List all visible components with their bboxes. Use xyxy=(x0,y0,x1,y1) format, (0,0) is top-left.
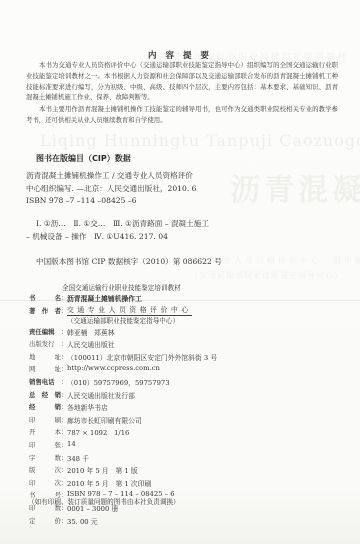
colophon-table: 书 名 ： 沥青混凝土摊铺机操作工 著 作 者 ： 交通专业人员资格评价中心 （… xyxy=(29,293,217,528)
colophon-label: 网 址 xyxy=(29,364,61,373)
cip-record-line: 中心组织编写. —北京：人民交通出版社，2010. 6 xyxy=(26,183,236,196)
colophon-label: 地 址 xyxy=(29,352,61,361)
colophon-label: 印 刷 xyxy=(29,415,61,424)
cip-record-line: 沥青混凝土摊铺机操作工 / 交通专业人员资格评价 xyxy=(26,170,236,183)
colophon-row-title: 书 名 ： 沥青混凝土摊铺机操作工 xyxy=(29,293,217,306)
colophon-label: 版 次 xyxy=(29,465,61,474)
colophon-label: 开 本 xyxy=(29,427,61,436)
cip-classification: Ⅰ. ①沥… Ⅱ. ①交… Ⅲ. ①沥青路面 – 混凝土施工 – 机械设备 – … xyxy=(26,218,236,243)
colophon-row-word-count: 字 数 ： 348 千 xyxy=(29,453,217,466)
copyright-page: 全国交通运输行业职业技能鉴定培训教材 Liqing Hunningtu Tanp… xyxy=(0,0,360,544)
author-sub: （交通运输部职业技能鉴定指导中心） xyxy=(67,316,192,326)
colophon-label: 销售电话 xyxy=(29,377,61,386)
colophon-label: 总 经 销 xyxy=(29,390,61,399)
colophon-label: 著 作 者 xyxy=(29,306,61,315)
colophon-label: 责任编辑 xyxy=(29,327,61,336)
colophon-label: 出版发行 xyxy=(29,339,61,348)
cip-classification-line: Ⅰ. ①沥… Ⅱ. ①交… Ⅲ. ①沥青路面 – 混凝土施工 xyxy=(26,218,236,231)
colophon-row-sales-phone: 销售电话 ： （010）59757969，59757973 xyxy=(29,377,217,390)
summary-paragraph: 本书主要用作沥青混凝土摊铺机操作工技能鉴定的辅导用书，也可作为交通类职业院校相关… xyxy=(26,104,338,126)
author-value: 交通专业人员资格评价中心 （交通运输部职业技能鉴定指导中心） xyxy=(67,306,192,326)
cip-record: 沥青混凝土摊铺机操作工 / 交通专业人员资格评价 中心组织编写. —北京：人民交… xyxy=(26,170,236,208)
author-main: 交通专业人员资格评价中心 xyxy=(67,306,192,316)
colophon-label: 字 数 xyxy=(29,453,61,462)
colophon-row-author: 著 作 者 ： 交通专业人员资格评价中心 （交通运输部职业技能鉴定指导中心） xyxy=(29,306,217,327)
cip-classification-line: – 机械设备 – 操作 Ⅳ. ①U416. 217. 04 xyxy=(26,231,236,244)
colophon-row-editor: 责任编辑 ： 韩亚楠 郑蕉林 xyxy=(29,327,217,340)
cip-catalog-number-line: 中国版本图书馆 CIP 数据核字（2010）第 086622 号 xyxy=(26,256,236,269)
cip-record-line: ISBN 978 –7 –114 –08425 –6 xyxy=(26,195,236,208)
bleed-through-title: 沥青混凝土 xyxy=(230,165,360,209)
website-link[interactable]: http://www.ccpress.com.cn xyxy=(67,364,160,372)
summary-paragraph: 本书为交通专业人员资格评价中心（交通运输部职业技能鉴定指导中心）组织编写的全国交… xyxy=(26,60,338,103)
colophon-row-sheets: 印 张 ： 14 xyxy=(29,440,217,453)
colophon-row-printer: 印 刷 ： 廊坊市长虹印刷有限公司 xyxy=(29,415,217,428)
colophon-row-address: 地 址 ： （100011）北京市朝阳区安定门外外馆斜街 3 号 xyxy=(29,352,217,365)
colophon-row-distributor: 总 经 销 ： 人民交通出版社发行部 xyxy=(29,390,217,403)
cip-catalog-number: 中国版本图书馆 CIP 数据核字（2010）第 086622 号 xyxy=(26,256,236,269)
colophon-row-edition: 版 次 ： 2010 年 5 月 第 1 版 xyxy=(29,465,217,478)
colophon-label: 印 次 xyxy=(29,478,61,487)
colophon-label: 经 销 xyxy=(29,402,61,411)
cip-heading: 图书在版编目（CIP）数据 xyxy=(36,153,131,164)
book-title-value: 沥青混凝土摊铺机操作工 xyxy=(67,293,142,303)
colophon-label: 书 名 xyxy=(29,293,61,302)
colophon-row-publisher: 出版发行 ： 人民交通出版社 xyxy=(29,339,217,352)
colophon-row-price: 定 价 ： 35. 00 元 xyxy=(29,516,217,529)
bleed-through-pinyin: Liqing Hunningtu Tanpuji Caozuogong xyxy=(40,131,360,150)
colophon-row-format: 开 本 ： 787 × 1092 1/16 xyxy=(29,427,217,440)
colophon-row-website: 网 址 ： http://www.ccpress.com.cn xyxy=(29,364,217,377)
series-name: 全国交通运输行业职业技能鉴定培训教材 xyxy=(62,282,181,292)
bleed-through-author-sub: （交通运输部职业技能鉴定指导中心） xyxy=(190,270,343,281)
colophon-row-retailer: 经 销 ： 各地新华书店 xyxy=(29,402,217,415)
colophon-row-printing: 印 次 ： 2010 年 5 月 第 1 次印刷 xyxy=(29,478,217,491)
colophon-label: 定 价 xyxy=(29,516,61,525)
quality-note: （如有印刷、装订质量问题的图书由本社负责调换） xyxy=(28,496,180,506)
colophon-label: 印 张 xyxy=(29,440,61,449)
